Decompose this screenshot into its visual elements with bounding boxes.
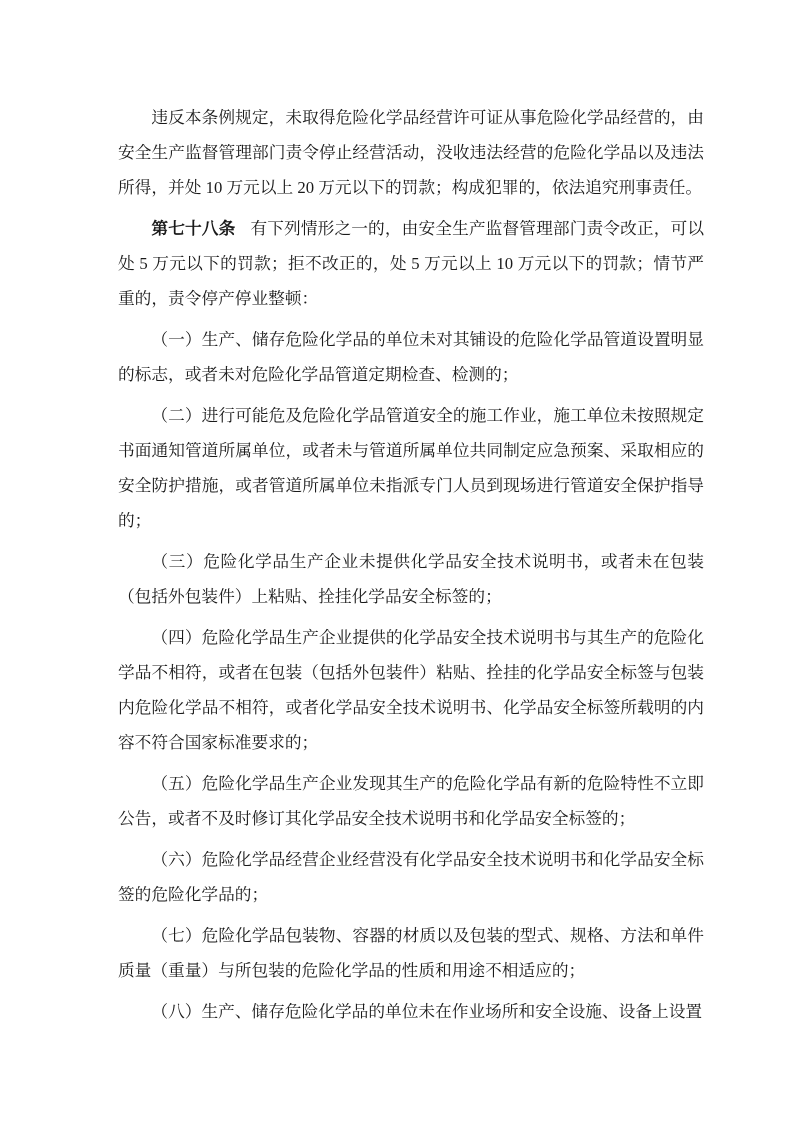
article-78-paragraph: 第七十八条有下列情形之一的，由安全生产监督管理部门责令改正，可以处 5 万元以下… [118,211,704,316]
document-page: 违反本条例规定，未取得危险化学品经营许可证从事危险化学品经营的，由安全生产监督管… [0,0,793,1122]
item-8: （八）生产、储存危险化学品的单位未在作业场所和安全设施、设备上设置 [118,994,704,1029]
item-3: （三）危险化学品生产企业未提供化学品安全技术说明书，或者未在包装（包括外包装件）… [118,544,704,614]
item-2: （二）进行可能危及危险化学品管道安全的施工作业，施工单位未按照规定书面通知管道所… [118,398,704,538]
item-4: （四）危险化学品生产企业提供的化学品安全技术说明书与其生产的危险化学品不相符，或… [118,620,704,760]
item-1: （一）生产、储存危险化学品的单位未对其铺设的危险化学品管道设置明显的标志，或者未… [118,322,704,392]
intro-paragraph: 违反本条例规定，未取得危险化学品经营许可证从事危险化学品经营的，由安全生产监督管… [118,100,704,205]
item-5: （五）危险化学品生产企业发现其生产的危险化学品有新的危险特性不立即公告，或者不及… [118,766,704,836]
item-6: （六）危险化学品经营企业经营没有化学品安全技术说明书和化学品安全标签的危险化学品… [118,842,704,912]
item-7: （七）危险化学品包装物、容器的材质以及包装的型式、规格、方法和单件质量（重量）与… [118,918,704,988]
article-number: 第七十八条 [151,219,235,238]
